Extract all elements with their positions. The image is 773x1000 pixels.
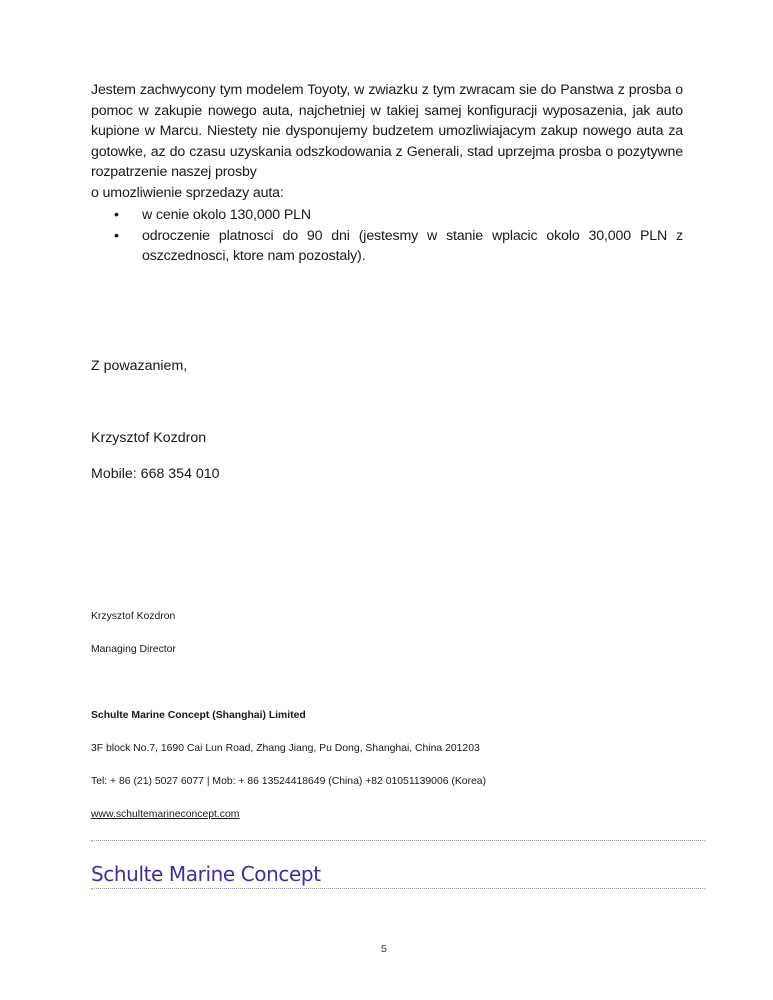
closing-salutation: Z powazaniem, [91,356,187,376]
signature-company: Schulte Marine Concept (Shanghai) Limite… [91,709,306,723]
divider-top [91,840,705,841]
request-list: • w cenie okolo 130,000 PLN • odroczenie… [91,205,683,267]
list-item: • odroczenie platnosci do 90 dni (jestes… [91,226,683,267]
mobile-number: Mobile: 668 354 010 [91,464,220,484]
letter-paragraph: Jestem zachwycony tym modelem Toyoty, w … [91,80,683,203]
paragraph-line: Jestem zachwycony tym modelem Toyoty, w … [91,80,683,101]
divider-bottom [91,888,705,889]
signature-phones: Tel: + 86 (21) 5027 6077 | Mob: + 86 135… [91,775,486,789]
paragraph-line: rozpatrzenie naszej prosby [91,162,683,183]
list-item-text: w cenie okolo 130,000 PLN [122,205,683,226]
footer-brand: Schulte Marine Concept [91,862,321,886]
list-item-text-line: oszczednosci, ktore nam pozostaly). [122,246,683,267]
page-number: 5 [381,942,387,956]
paragraph-line: gotowke, az do czasu uzyskania odszkodow… [91,142,683,163]
bullet-icon: • [114,205,122,226]
signature-title: Managing Director [91,643,176,657]
document-page: Jestem zachwycony tym modelem Toyoty, w … [0,0,773,1000]
signature-address: 3F block No.7, 1690 Cai Lun Road, Zhang … [91,742,480,756]
list-item-text-line: odroczenie platnosci do 90 dni (jestesmy… [122,226,683,247]
website-link[interactable]: www.schultemarineconcept.com [91,808,239,822]
bullet-icon: • [114,226,122,247]
signature-name: Krzysztof Kozdron [91,610,175,624]
paragraph-line: kupione w Marcu. Niestety nie dysponujem… [91,121,683,142]
paragraph-continuation: o umozliwienie sprzedazy auta: [91,183,683,204]
list-item: • w cenie okolo 130,000 PLN [91,205,683,226]
paragraph-line: pomoc w zakupie nowego auta, najchetniej… [91,101,683,122]
signer-name: Krzysztof Kozdron [91,428,206,448]
